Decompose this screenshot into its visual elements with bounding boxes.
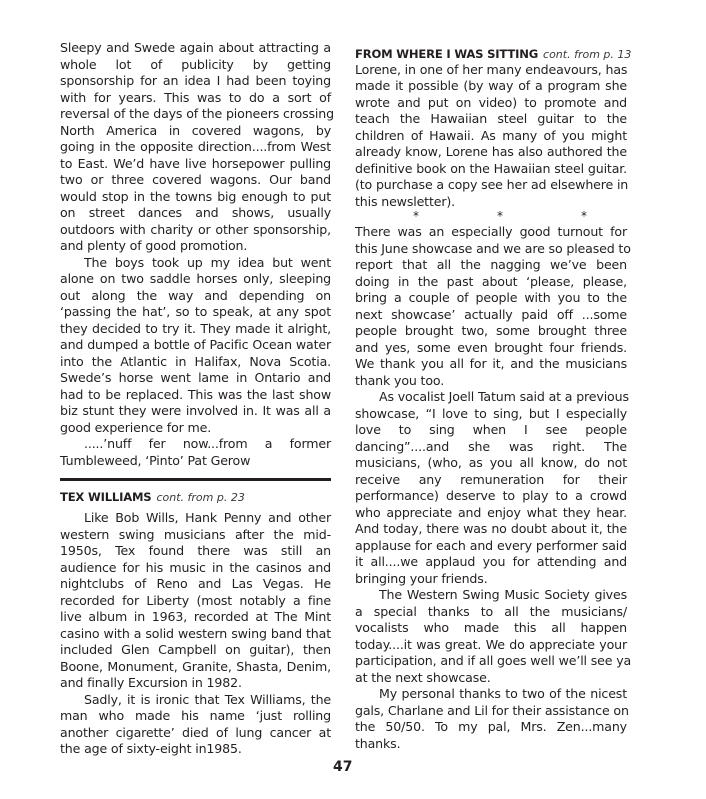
text-line: live album in 1963, recorded at The Mint — [60, 608, 331, 625]
text-line: next showcase’ actually paid off ...some — [355, 306, 627, 323]
text-line: Sleepy and Swede again about attracting … — [60, 39, 331, 56]
text-line: Swede’s horse went lame in Ontario and — [60, 369, 331, 386]
text-line: and dumped a bottle of Pacific Ocean wat… — [60, 336, 331, 353]
text-line: Like Bob Wills, Hank Penny and other — [60, 509, 331, 526]
text-line: man who made his name ‘just rolling — [60, 707, 331, 724]
text-line: receive any remuneration for their — [355, 471, 627, 488]
text-line: bringing your friends. — [355, 570, 627, 587]
text-line: made it possible (by way of a program sh… — [355, 77, 627, 94]
text-line: people brought two, some brought three — [355, 322, 627, 339]
text-line: whole lot of publicity by getting — [60, 56, 331, 73]
text-line: recorded for Liberty (most notably a fin… — [60, 592, 331, 609]
signoff-author: Tumbleweed, ‘Pinto’ Pat Gerow — [60, 452, 331, 469]
section-title: FROM WHERE I WAS SITTING — [355, 47, 538, 61]
text-line: to East. We’d have live horsepower pulli… — [60, 155, 331, 172]
continuation-note: cont. from p. 23 — [156, 491, 244, 504]
text-line: Sadly, it is ironic that Tex Williams, t… — [60, 691, 331, 708]
text-line: today....it was great. We do appreciate … — [355, 636, 627, 653]
section-heading: TEX WILLIAMScont. from p. 23 — [60, 487, 245, 504]
text-line: love to sing when I see people — [355, 421, 627, 438]
text-line: into the Atlantic in Halifax, Nova Scoti… — [60, 353, 331, 370]
text-line: North America in covered wagons, by — [60, 122, 331, 139]
text-line: alone on two saddle horses only, sleepin… — [60, 270, 331, 287]
text-line: the 50/50. To my pal, Mrs. Zen...many — [355, 718, 627, 735]
text-line: wrote and put on video) to promote and — [355, 94, 627, 111]
text-line: participation, and if all goes well we’l… — [355, 652, 627, 669]
text-line: The Western Swing Music Society gives — [355, 586, 627, 603]
text-line: (to purchase a copy see her ad elsewhere… — [355, 176, 627, 193]
text-line: definitive book on the Hawaiian steel gu… — [355, 160, 627, 177]
text-line: this June showcase and we are so pleased… — [355, 240, 627, 257]
text-line: out along the way and depending on — [60, 287, 331, 304]
text-line: 1950s, Tex found there was still an — [60, 542, 331, 559]
text-line: doing in the past about ‘please, please, — [355, 273, 627, 290]
newsletter-page: Sleepy and Swede again about attracting … — [0, 0, 706, 799]
text-line: at the next showcase. — [355, 669, 627, 686]
text-line: musicians, (who, as you all know, do not — [355, 454, 627, 471]
text-line: and yes, some even brought four friends. — [355, 339, 627, 356]
text-line: And today, there was no doubt about it, … — [355, 520, 627, 537]
text-line: There was an especially good turnout for — [355, 223, 627, 240]
text-line: thanks. — [355, 735, 627, 752]
text-line: they decided to try it. They made it alr… — [60, 320, 331, 337]
text-line: As vocalist Joell Tatum said at a previo… — [355, 388, 627, 405]
text-line: on street dances and shows, usually — [60, 204, 331, 221]
text-line: showcase, “I love to sing, but I especia… — [355, 405, 627, 422]
text-line: two or three covered wagons. Our band — [60, 171, 331, 188]
text-line: western swing musicians after the mid- — [60, 526, 331, 543]
text-line: included Glen Campbell on guitar), then — [60, 641, 331, 658]
signoff-line: .....’nuff fer now...from a former — [60, 435, 331, 452]
section-heading: FROM WHERE I WAS SITTINGcont. from p. 13 — [355, 44, 631, 61]
text-line: the age of sixty-eight in1985. — [60, 740, 331, 757]
text-line: this newsletter). — [355, 193, 627, 210]
text-line: report that all the nagging we’ve been — [355, 256, 627, 273]
text-line: reversal of the days of the pioneers cro… — [60, 105, 331, 122]
section-title: TEX WILLIAMS — [60, 490, 151, 504]
text-line: performance) deserve to play to a crowd — [355, 487, 627, 504]
text-line: who appreciate and enjoy what they hear. — [355, 504, 627, 521]
continuation-note: cont. from p. 13 — [543, 48, 631, 61]
section-divider — [60, 478, 331, 481]
text-line: another cigarette’ died of lung cancer a… — [60, 724, 331, 741]
text-line: children of Hawaii. As many of you might — [355, 127, 627, 144]
text-line: had to be replaced. This was the last sh… — [60, 386, 331, 403]
text-line: sponsorship for an idea I had been toyin… — [60, 72, 331, 89]
text-line: My personal thanks to two of the nicest — [355, 685, 627, 702]
text-line: audience for his music in the casinos an… — [60, 559, 331, 576]
text-line: vocalists who made this all happen — [355, 619, 627, 636]
text-line: applause for each and every performer sa… — [355, 537, 627, 554]
text-line: with for years. This was to do a sort of — [60, 89, 331, 106]
text-line: bring a couple of people with you to the — [355, 289, 627, 306]
text-line: would stop in the towns big enough to pu… — [60, 188, 331, 205]
text-line: teach the Hawaiian steel guitar to the — [355, 110, 627, 127]
text-line: outdoors with charity or other sponsorsh… — [60, 221, 331, 238]
text-line: a special thanks to all the musicians/ — [355, 603, 627, 620]
text-line: nightclubs of Reno and Las Vegas. He — [60, 575, 331, 592]
text-line: and finally Excursion in 1982. — [60, 674, 331, 691]
text-line: gals, Charlane and Lil for their assista… — [355, 702, 627, 719]
text-line: The boys took up my idea but went — [60, 254, 331, 271]
text-line: biz stunt they were involved in. It was … — [60, 402, 331, 419]
text-line: Lorene, in one of her many endeavours, h… — [355, 61, 627, 78]
text-line: and plenty of good promotion. — [60, 237, 331, 254]
text-line: ‘passing the hat’, so to speak, at any s… — [60, 303, 331, 320]
text-line: We thank you all for it, and the musicia… — [355, 355, 627, 372]
text-line: it all....we applaud you for attending a… — [355, 553, 627, 570]
text-line: casino with a solid western swing band t… — [60, 625, 331, 642]
text-line: dancing”....and she was right. The — [355, 438, 627, 455]
text-line: going in the opposite direction....from … — [60, 138, 331, 155]
page-number: 47 — [333, 759, 352, 775]
text-line: thank you too. — [355, 372, 627, 389]
text-line: already know, Lorene has also authored t… — [355, 143, 627, 160]
text-line: good experience for me. — [60, 419, 331, 436]
text-line: Boone, Monument, Granite, Shasta, Denim, — [60, 658, 331, 675]
